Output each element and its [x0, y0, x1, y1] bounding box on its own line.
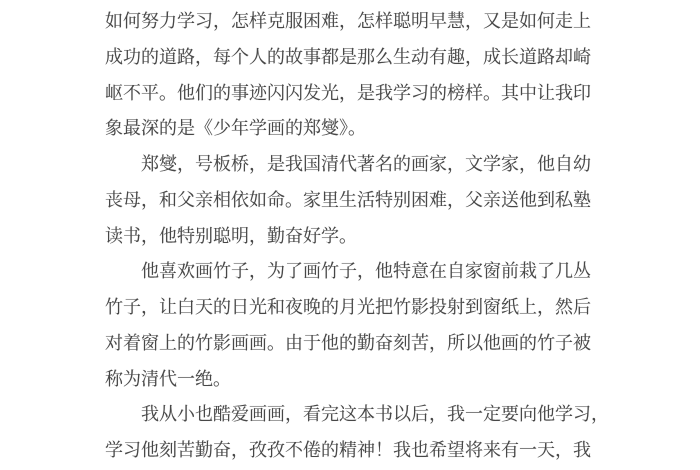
text-line: 读书，他特别聪明，勤奋好学。	[105, 219, 595, 255]
text-line: 他喜欢画竹子，为了画竹子，他特意在自家窗前栽了几丛	[105, 254, 595, 290]
text-line: 学习他刻苦勤奋，孜孜不倦的精神！我也希望将来有一天，我	[105, 433, 595, 469]
text-line: 称为清代一绝。	[105, 362, 595, 398]
text-line: 丧母，和父亲相依如命。家里生活特别困难，父亲送他到私塾	[105, 183, 595, 219]
essay-text-block: 如何努力学习，怎样克服困难，怎样聪明早慧，又是如何走上成功的道路，每个人的故事都…	[105, 4, 595, 469]
text-line: 象最深的是《少年学画的郑燮》。	[105, 111, 595, 147]
text-line: 郑燮，号板桥，是我国清代著名的画家，文学家，他自幼	[105, 147, 595, 183]
text-line: 对着窗上的竹影画画。由于他的勤奋刻苦，所以他画的竹子被	[105, 326, 595, 362]
text-line: 竹子，让白天的日光和夜晚的月光把竹影投射到窗纸上，然后	[105, 290, 595, 326]
text-line: 如何努力学习，怎样克服困难，怎样聪明早慧，又是如何走上	[105, 4, 595, 40]
text-line: 成功的道路，每个人的故事都是那么生动有趣，成长道路却崎	[105, 40, 595, 76]
document-page: 如何努力学习，怎样克服困难，怎样聪明早慧，又是如何走上成功的道路，每个人的故事都…	[0, 0, 700, 470]
text-line: 岖不平。他们的事迹闪闪发光，是我学习的榜样。其中让我印	[105, 76, 595, 112]
text-line: 我从小也酷爱画画，看完这本书以后，我一定要向他学习，	[105, 397, 595, 433]
